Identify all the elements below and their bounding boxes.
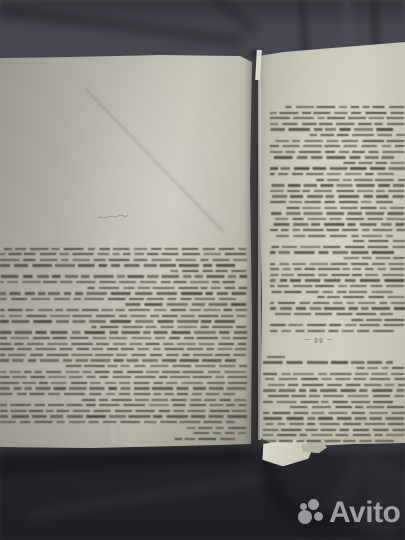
fabric-fold — [0, 0, 405, 28]
avito-logo-circle — [314, 512, 323, 521]
fabric-fold — [370, 0, 380, 48]
fabric-fold — [0, 445, 253, 475]
avito-logo-circle — [298, 510, 312, 524]
fabric-fold — [0, 4, 243, 45]
avito-logo-circle — [300, 503, 307, 510]
fabric-fold — [298, 0, 309, 54]
fabric-fold — [161, 0, 259, 35]
photo-open-book: — 88 — Avito — [0, 0, 405, 540]
page-number: — 88 — — [296, 334, 340, 344]
avito-logo-text: Avito — [329, 496, 400, 530]
torn-page-scrap — [261, 438, 315, 468]
avito-logo-circle — [308, 499, 319, 510]
right-page-text-block-a — [270, 100, 405, 332]
left-page-text-block — [0, 240, 247, 440]
avito-watermark: Avito — [296, 496, 400, 532]
fabric-fold — [343, 0, 354, 50]
fabric-fold — [29, 473, 272, 519]
handwritten-word — [96, 210, 130, 222]
page-edge-sliver — [258, 80, 261, 440]
right-page-text-block-b — [263, 351, 405, 442]
